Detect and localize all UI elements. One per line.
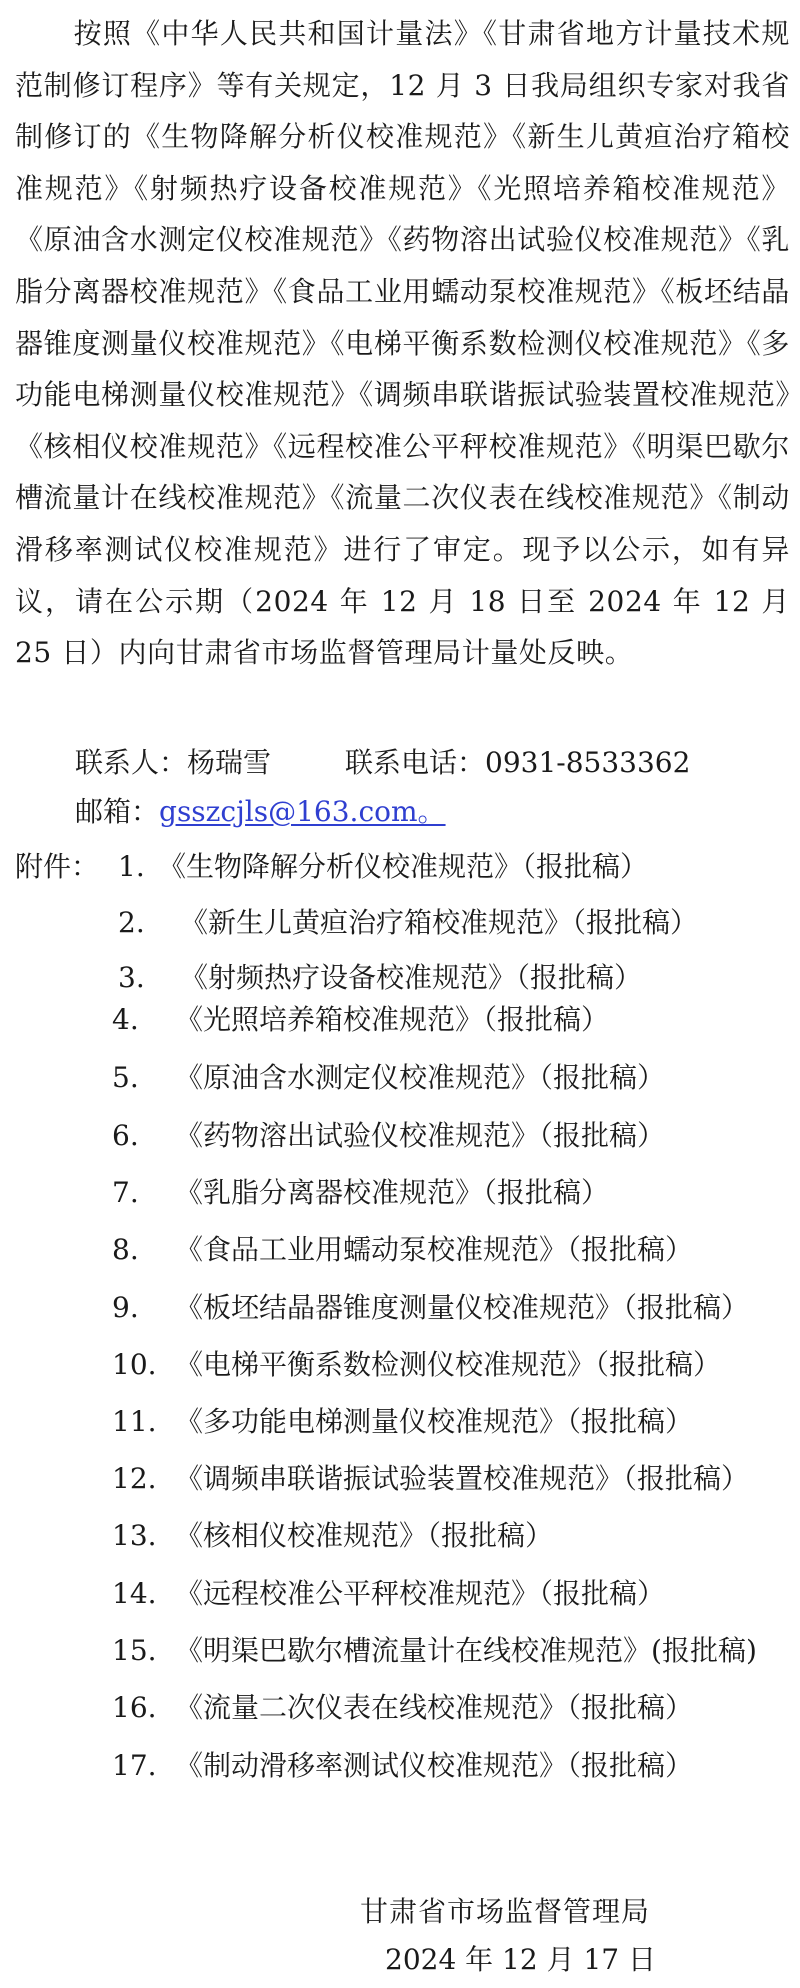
attachment-status: （报批稿）	[572, 906, 698, 939]
contact-phone-label: 联系电话：	[345, 746, 485, 779]
attachment-status: （报批稿）	[567, 1405, 693, 1438]
attachment-number: 14.	[112, 1576, 157, 1612]
attachment-item: 《食品工业用蠕动泵校准规范》（报批稿）	[175, 1232, 693, 1268]
attachment-status: （报批稿）	[539, 1577, 665, 1610]
email-line: 邮箱：gsszcjls@163.com。	[75, 794, 446, 830]
attachment-number: 8.	[112, 1232, 139, 1268]
attachment-status: （报批稿）	[516, 961, 642, 994]
attachment-item: 《调频串联谐振试验装置校准规范》（报批稿）	[175, 1461, 749, 1497]
attachment-status: （报批稿）	[595, 1348, 721, 1381]
attachment-number: 3.	[118, 960, 145, 996]
attachment-item: 《明渠巴歇尔槽流量计在线校准规范》(报批稿)	[175, 1633, 757, 1669]
attachment-title: 《远程校准公平秤校准规范》	[175, 1577, 539, 1610]
attachment-number: 15.	[112, 1633, 157, 1669]
attachment-item: 《远程校准公平秤校准规范》（报批稿）	[175, 1576, 665, 1612]
attachment-number: 12.	[112, 1461, 157, 1497]
attachment-number: 10.	[112, 1347, 157, 1383]
attachment-item: 《电梯平衡系数检测仪校准规范》（报批稿）	[175, 1347, 721, 1383]
attachment-status: （报批稿）	[427, 1519, 553, 1552]
attachment-title: 《电梯平衡系数检测仪校准规范》	[175, 1348, 595, 1381]
attachment-number: 2.	[118, 905, 145, 941]
attachment-status: (报批稿)	[651, 1634, 757, 1667]
attachment-status: （报批稿）	[483, 1003, 609, 1036]
attachment-status: （报批稿）	[567, 1749, 693, 1782]
attachment-item: 《原油含水测定仪校准规范》（报批稿）	[175, 1060, 665, 1096]
attachment-number: 6.	[112, 1118, 139, 1154]
email-label: 邮箱：	[75, 795, 159, 828]
attachment-item: 《板坯结晶器锥度测量仪校准规范》（报批稿）	[175, 1290, 749, 1326]
attachment-number: 17.	[112, 1748, 157, 1784]
attachment-title: 《射频热疗设备校准规范》	[180, 961, 516, 994]
attachment-status: （报批稿）	[623, 1462, 749, 1495]
attachment-title: 《药物溶出试验仪校准规范》	[175, 1119, 539, 1152]
attachment-title: 《板坯结晶器锥度测量仪校准规范》	[175, 1291, 623, 1324]
attachments-label: 附件：	[15, 849, 99, 885]
attachment-number: 13.	[112, 1518, 157, 1554]
attachment-item: 《乳脂分离器校准规范》（报批稿）	[175, 1175, 609, 1211]
attachment-item: 《核相仪校准规范》（报批稿）	[175, 1518, 553, 1554]
attachment-number: 1.	[118, 849, 145, 885]
contact-phone: 0931-8533362	[485, 746, 690, 779]
attachment-item: 《制动滑移率测试仪校准规范》（报批稿）	[175, 1748, 693, 1784]
attachment-title: 《食品工业用蠕动泵校准规范》	[175, 1233, 567, 1266]
attachment-status: （报批稿）	[539, 1119, 665, 1152]
attachment-item: 《流量二次仪表在线校准规范》（报批稿）	[175, 1690, 693, 1726]
attachment-status: （报批稿）	[483, 1176, 609, 1209]
notice-body: 按照《中华人民共和国计量法》《甘肃省地方计量技术规范制修订程序》等有关规定，12…	[15, 8, 790, 679]
attachment-title: 《流量二次仪表在线校准规范》	[175, 1691, 567, 1724]
signature-org: 甘肃省市场监督管理局	[360, 1894, 650, 1930]
attachment-number: 9.	[112, 1290, 139, 1326]
attachment-number: 7.	[112, 1175, 139, 1211]
attachment-title: 《调频串联谐振试验装置校准规范》	[175, 1462, 623, 1495]
attachment-number: 5.	[112, 1060, 139, 1096]
signature-date: 2024 年 12 月 17 日	[385, 1942, 656, 1978]
attachment-title: 《光照培养箱校准规范》	[175, 1003, 483, 1036]
attachment-item: 《新生儿黄疸治疗箱校准规范》（报批稿）	[180, 905, 698, 941]
attachment-status: （报批稿）	[539, 1061, 665, 1094]
notice-body-text: 按照《中华人民共和国计量法》《甘肃省地方计量技术规范制修订程序》等有关规定，12…	[15, 17, 790, 669]
attachment-title: 《多功能电梯测量仪校准规范》	[175, 1405, 567, 1438]
attachment-item: 《光照培养箱校准规范》（报批稿）	[175, 1002, 609, 1038]
attachment-status: （报批稿）	[623, 1291, 749, 1324]
attachment-number: 11.	[112, 1404, 157, 1440]
contact-phone-line: 联系电话：0931-8533362	[345, 745, 690, 781]
attachment-title: 《核相仪校准规范》	[175, 1519, 427, 1552]
attachment-status: （报批稿）	[522, 850, 648, 883]
attachment-title: 《原油含水测定仪校准规范》	[175, 1061, 539, 1094]
attachment-item: 《生物降解分析仪校准规范》（报批稿）	[158, 849, 648, 885]
email-link[interactable]: gsszcjls@163.com。	[159, 795, 446, 828]
attachment-item: 《射频热疗设备校准规范》（报批稿）	[180, 960, 642, 996]
attachment-title: 《新生儿黄疸治疗箱校准规范》	[180, 906, 572, 939]
attachment-title: 《制动滑移率测试仪校准规范》	[175, 1749, 567, 1782]
attachment-status: （报批稿）	[567, 1691, 693, 1724]
attachment-number: 16.	[112, 1690, 157, 1726]
attachment-number: 4.	[112, 1002, 139, 1038]
contact-line: 联系人：杨瑞雪	[75, 745, 271, 781]
attachment-item: 《药物溶出试验仪校准规范》（报批稿）	[175, 1118, 665, 1154]
attachment-item: 《多功能电梯测量仪校准规范》（报批稿）	[175, 1404, 693, 1440]
contact-person: 杨瑞雪	[187, 746, 271, 779]
attachment-status: （报批稿）	[567, 1233, 693, 1266]
attachment-title: 《生物降解分析仪校准规范》	[158, 850, 522, 883]
attachment-title: 《明渠巴歇尔槽流量计在线校准规范》	[175, 1634, 651, 1667]
attachment-title: 《乳脂分离器校准规范》	[175, 1176, 483, 1209]
contact-person-label: 联系人：	[75, 746, 187, 779]
